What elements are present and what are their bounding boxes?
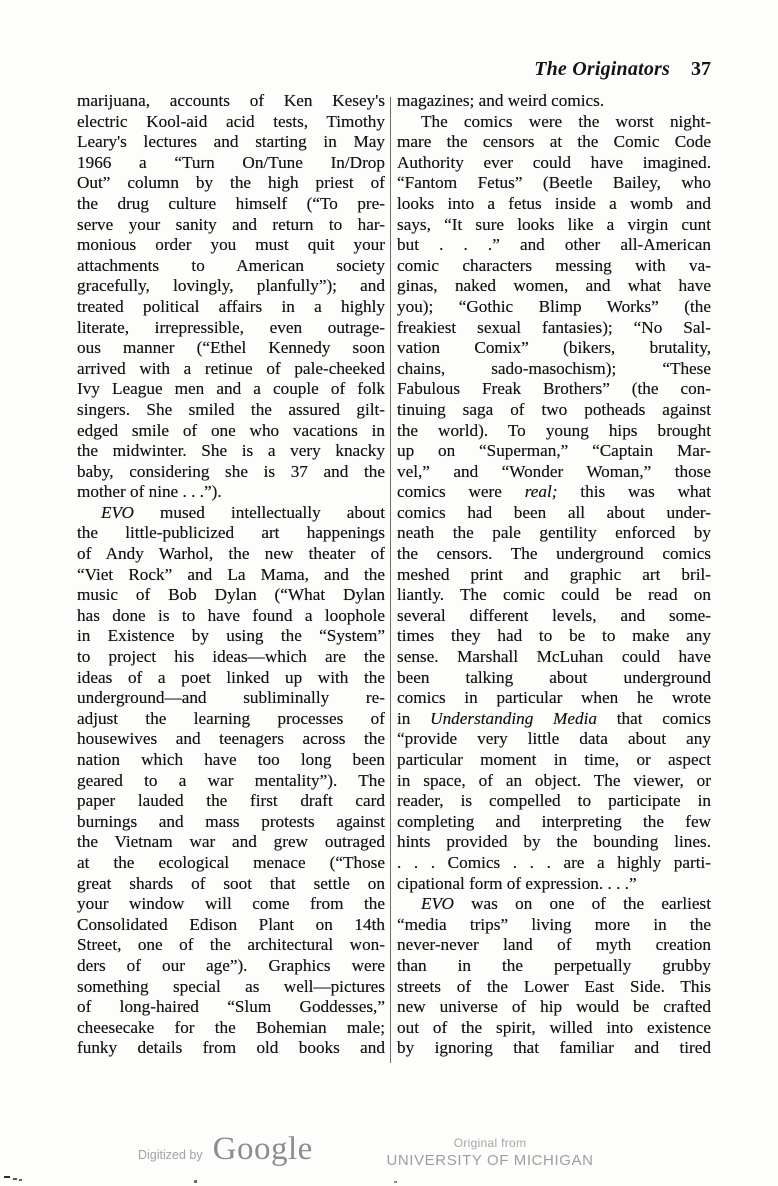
text-line: edged smile of one who vacations in xyxy=(77,421,385,442)
text-line: has done is to have found a loophole xyxy=(77,606,385,627)
text-line: at the ecological menace (“Those xyxy=(77,853,385,874)
book-page: The Originators 37 marijuana, accounts o… xyxy=(0,0,778,1186)
text-line: serve your sanity and return to har- xyxy=(77,215,385,236)
running-title: The Originators xyxy=(534,58,670,80)
scan-artifact xyxy=(394,1181,397,1183)
digitized-by-label: Digitized by xyxy=(138,1148,203,1162)
text-line: never-never land of myth creation xyxy=(397,935,711,956)
text-line: “media trips” living more in the xyxy=(397,915,711,936)
text-line: the drug culture himself (“To pre- xyxy=(77,194,385,215)
text-line: cipational form of expression. . . .” xyxy=(397,874,711,895)
text-line: out of the spirit, willed into existence xyxy=(397,1018,711,1039)
text-line: new universe of hip would be crafted xyxy=(397,997,711,1018)
text-line: comics had been all about under- xyxy=(397,503,711,524)
text-line: ders of our age”). Graphics were xyxy=(77,956,385,977)
text-line: sense. Marshall McLuhan could have xyxy=(397,647,711,668)
text-line: geared to a war mentality”). The xyxy=(77,771,385,792)
text-line: neath the pale gentility enforced by xyxy=(397,523,711,544)
text-line: ginas, naked women, and what have xyxy=(397,276,711,297)
text-line: monious order you must quit your xyxy=(77,235,385,256)
text-line: “Viet Rock” and La Mama, and the xyxy=(77,565,385,586)
text-line: up on “Superman,” “Captain Mar- xyxy=(397,441,711,462)
text-line: in Understanding Media that comics xyxy=(397,709,711,730)
page-header: The Originators 37 xyxy=(400,58,711,81)
text-line: mare the censors at the Comic Code xyxy=(397,132,711,153)
text-line: Consolidated Edison Plant on 14th xyxy=(77,915,385,936)
text-line: funky details from old books and xyxy=(77,1038,385,1059)
text-line: treated political affairs in a highly xyxy=(77,297,385,318)
text-line: been talking about underground xyxy=(397,668,711,689)
text-line: magazines; and weird comics. xyxy=(397,91,711,112)
text-line: your window will come from the xyxy=(77,894,385,915)
text-line: Leary's lectures and starting in May xyxy=(77,132,385,153)
text-line: the world). To young hips brought xyxy=(397,421,711,442)
text-line: times they had to be to make any xyxy=(397,626,711,647)
text-column-left: marijuana, accounts of Ken Kesey'selectr… xyxy=(77,91,385,1059)
text-line: music of Bob Dylan (“What Dylan xyxy=(77,585,385,606)
text-line: says, “It sure looks like a virgin cunt xyxy=(397,215,711,236)
text-line: something special as well—pictures xyxy=(77,977,385,998)
text-line: the midwinter. She is a very knacky xyxy=(77,441,385,462)
text-line: Authority ever could have imagined. xyxy=(397,153,711,174)
text-line: to project his ideas—which are the xyxy=(77,647,385,668)
text-line: but . . .” and other all-American xyxy=(397,235,711,256)
text-line: burnings and mass protests against xyxy=(77,812,385,833)
text-line: streets of the Lower East Side. This xyxy=(397,977,711,998)
text-line: The comics were the worst night- xyxy=(397,112,711,133)
text-line: “Fantom Fetus” (Beetle Bailey, who xyxy=(397,173,711,194)
text-line: baby, considering she is 37 and the xyxy=(77,462,385,483)
original-from-label: Original from xyxy=(380,1136,600,1150)
column-divider-rule xyxy=(390,97,391,1063)
text-line: freakiest sexual fantasies); “No Sal- xyxy=(397,318,711,339)
text-line: comics in particular when he wrote xyxy=(397,688,711,709)
text-line: chains, sado-masochism); “These xyxy=(397,359,711,380)
text-line: “provide very little data about any xyxy=(397,729,711,750)
google-logo: Google xyxy=(213,1131,313,1168)
text-line: . . . Comics . . . are a highly parti- xyxy=(397,853,711,874)
text-line: mother of nine . . .”). xyxy=(77,482,385,503)
text-line: EVO mused intellectually about xyxy=(77,503,385,524)
text-line: hints provided by the bounding lines. xyxy=(397,832,711,853)
text-line: comics were real; this was what xyxy=(397,482,711,503)
text-line: of Andy Warhol, the new theater of xyxy=(77,544,385,565)
text-line: meshed print and graphic art bril- xyxy=(397,565,711,586)
text-line: particular moment in time, or aspect xyxy=(397,750,711,771)
text-line: nation which have too long been xyxy=(77,750,385,771)
text-line: several different levels, and some- xyxy=(397,606,711,627)
text-line: literate, irrepressible, even outrage- xyxy=(77,318,385,339)
text-line: housewives and teenagers across the xyxy=(77,729,385,750)
text-line: liantly. The comic could be read on xyxy=(397,585,711,606)
text-column-right: magazines; and weird comics.The comics w… xyxy=(397,91,711,1059)
text-line: in space, of an object. The viewer, or xyxy=(397,771,711,792)
text-line: of long-haired “Slum Goddesses,” xyxy=(77,997,385,1018)
text-line: ous manner (“Ethel Kennedy soon xyxy=(77,338,385,359)
scan-artifact xyxy=(19,1179,22,1181)
text-line: vation Comix” (bikers, brutality, xyxy=(397,338,711,359)
text-line: electric Kool-aid acid tests, Timothy xyxy=(77,112,385,133)
text-line: 1966 a “Turn On/Tune In/Drop xyxy=(77,153,385,174)
text-line: Fabulous Freak Brothers” (the con- xyxy=(397,379,711,400)
scan-artifact xyxy=(194,1180,197,1183)
text-line: Out” column by the high priest of xyxy=(77,173,385,194)
text-line: attachments to American society xyxy=(77,256,385,277)
text-line: paper lauded the first draft card xyxy=(77,791,385,812)
text-line: than in the perpetually grubby xyxy=(397,956,711,977)
text-line: ideas of a poet linked up with the xyxy=(77,668,385,689)
page-number: 37 xyxy=(691,58,711,80)
text-line: tinuing saga of two potheads against xyxy=(397,400,711,421)
text-line: cheesecake for the Bohemian male; xyxy=(77,1018,385,1039)
scan-artifact xyxy=(4,1176,10,1178)
text-line: the Vietnam war and grew outraged xyxy=(77,832,385,853)
scan-artifact xyxy=(13,1178,17,1180)
text-line: looks into a fetus inside a womb and xyxy=(397,194,711,215)
text-line: vel,” and “Wonder Woman,” those xyxy=(397,462,711,483)
text-line: arrived with a retinue of pale-cheeked xyxy=(77,359,385,380)
text-line: you); “Gothic Blimp Works” (the xyxy=(397,297,711,318)
text-line: completing and interpreting the few xyxy=(397,812,711,833)
text-line: marijuana, accounts of Ken Kesey's xyxy=(77,91,385,112)
text-line: singers. She smiled the assured gilt- xyxy=(77,400,385,421)
text-line: great shards of soot that settle on xyxy=(77,874,385,895)
text-line: gracefully, lovingly, planfully”); and xyxy=(77,276,385,297)
institution-label: UNIVERSITY OF MICHIGAN xyxy=(380,1152,600,1169)
text-line: comic characters messing with va- xyxy=(397,256,711,277)
text-line: reader, is compelled to participate in xyxy=(397,791,711,812)
text-line: in Existence by using the “System” xyxy=(77,626,385,647)
text-line: the censors. The underground comics xyxy=(397,544,711,565)
text-line: the little-publicized art happenings xyxy=(77,523,385,544)
text-line: adjust the learning processes of xyxy=(77,709,385,730)
text-line: Ivy League men and a couple of folk xyxy=(77,379,385,400)
digitized-by-credit: Digitized by Google xyxy=(138,1131,313,1168)
text-line: EVO was on one of the earliest xyxy=(397,894,711,915)
text-line: by ignoring that familiar and tired xyxy=(397,1038,711,1059)
text-line: underground—and subliminally re- xyxy=(77,688,385,709)
original-from-credit: Original from UNIVERSITY OF MICHIGAN xyxy=(380,1136,600,1169)
text-line: Street, one of the architectural won- xyxy=(77,935,385,956)
